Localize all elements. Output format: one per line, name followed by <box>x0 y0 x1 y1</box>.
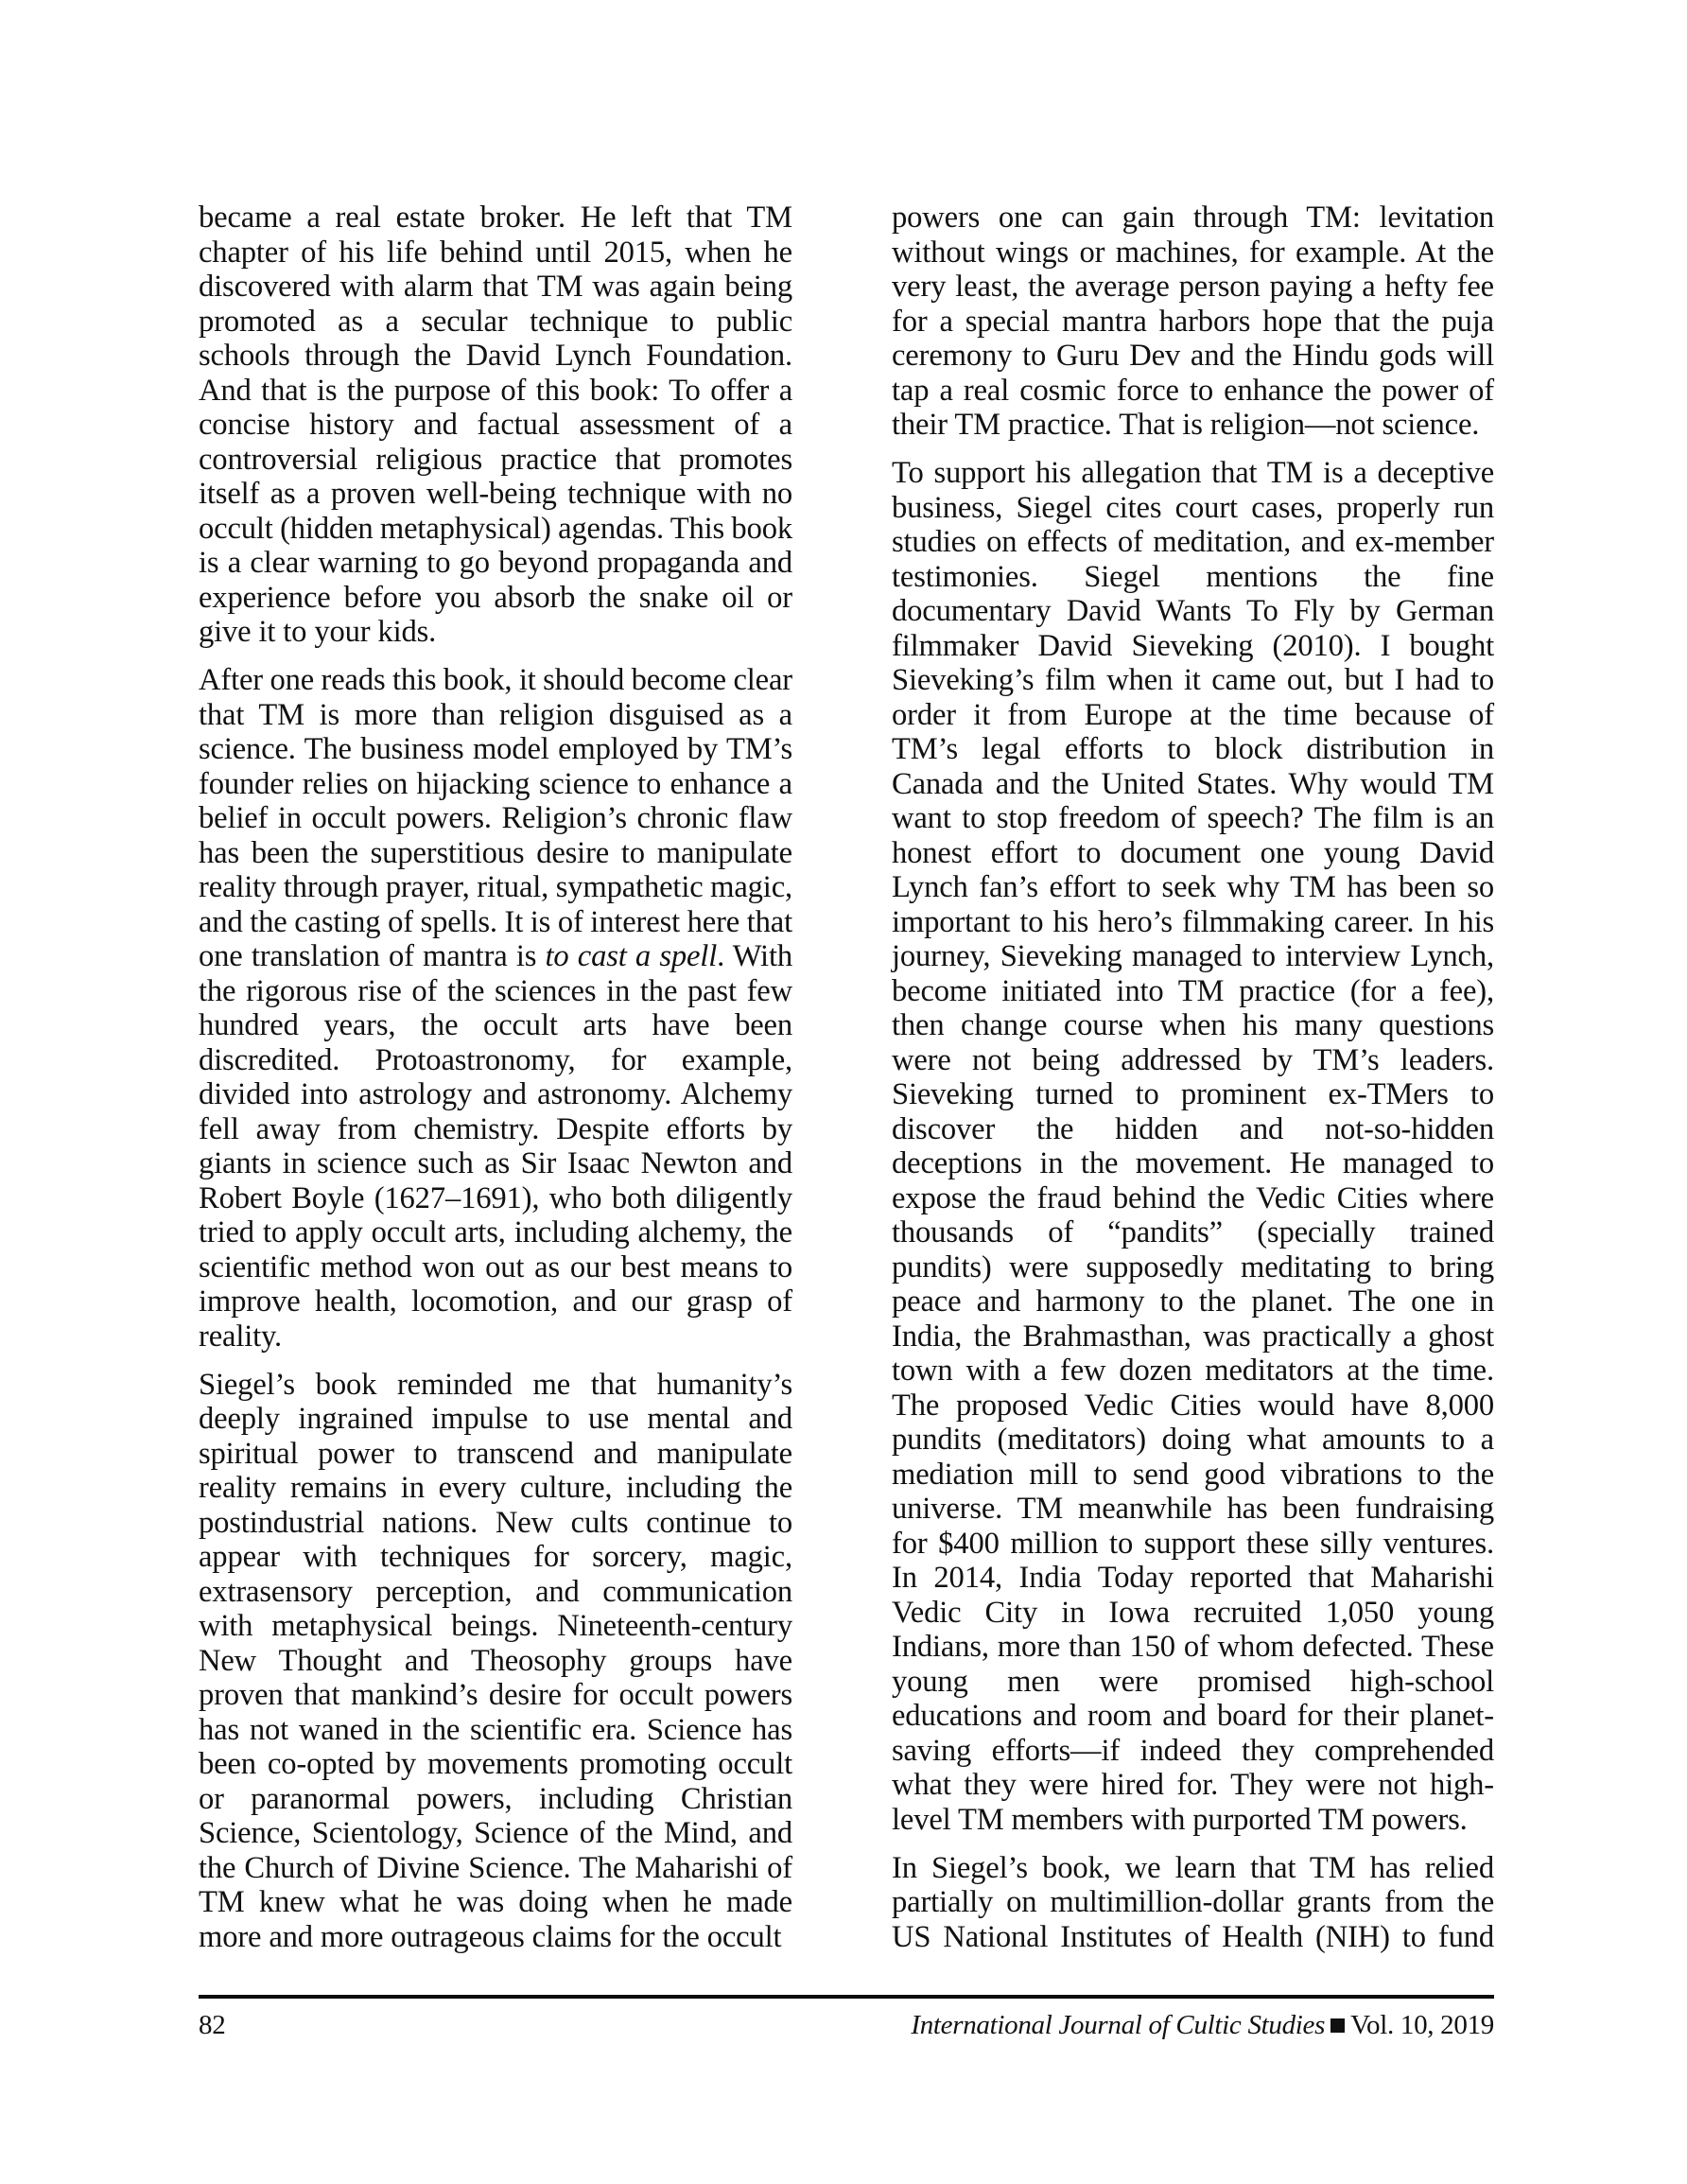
text-line: ceremony to Guru Dev and the Hindu gods … <box>892 339 1494 374</box>
text-line: tried to apply occult arts, including al… <box>199 1215 792 1250</box>
journal-page: became a real estate broker. He left tha… <box>0 0 1687 2184</box>
text-line: is a clear warning to go beyond propagan… <box>199 546 792 581</box>
text-line: schools through the David Lynch Foundati… <box>199 339 792 374</box>
text-line: postindustrial nations. New cults contin… <box>199 1506 792 1541</box>
text-line: level TM members with purported TM power… <box>892 1803 1494 1838</box>
italic-phrase: to cast a spell <box>546 939 718 973</box>
paragraph: Siegel’s book reminded me that humanity’… <box>199 1368 792 1955</box>
text-line: young men were promised high-school <box>892 1665 1494 1700</box>
paragraph: powers one can gain through TM: levitati… <box>892 201 1494 443</box>
text-line: Science, Scientology, Science of the Min… <box>199 1816 792 1851</box>
journal-footer: International Journal of Cultic StudiesV… <box>911 2011 1494 2039</box>
text-line: important to his hero’s filmmaking caree… <box>892 905 1494 940</box>
paragraph: In Siegel’s book, we learn that TM has r… <box>892 1851 1494 1955</box>
text-line: In Siegel’s book, we learn that TM has r… <box>892 1851 1494 1886</box>
text-line: experience before you absorb the snake o… <box>199 581 792 616</box>
text-line: pundits) were supposedly meditating to b… <box>892 1250 1494 1285</box>
text-line: tap a real cosmic force to enhance the p… <box>892 374 1494 409</box>
text-line: very least, the average person paying a … <box>892 270 1494 305</box>
text-line: reality. <box>199 1319 792 1354</box>
text-run: . With <box>717 939 792 973</box>
text-line: been co-opted by movements promoting occ… <box>199 1747 792 1782</box>
text-line: reality remains in every culture, includ… <box>199 1471 792 1506</box>
text-line: become initiated into TM practice (for a… <box>892 974 1494 1009</box>
text-line: divided into astrology and astronomy. Al… <box>199 1077 792 1112</box>
text-line: scientific method won out as our best me… <box>199 1250 792 1285</box>
footer-rule <box>199 1995 1494 1999</box>
text-line: appear with techniques for sorcery, magi… <box>199 1540 792 1575</box>
text-line: founder relies on hijacking science to e… <box>199 767 792 802</box>
text-line: Vedic City in Iowa recruited 1,050 young <box>892 1596 1494 1631</box>
text-line: discredited. Protoastronomy, for example… <box>199 1043 792 1078</box>
journal-volume: Vol. 10, 2019 <box>1350 2010 1494 2040</box>
text-line: the Church of Divine Science. The Mahari… <box>199 1851 792 1886</box>
text-line: pundits (meditators) doing what amounts … <box>892 1423 1494 1458</box>
text-line: filmmaker David Sieveking (2010). I boug… <box>892 629 1494 664</box>
paragraph: To support his allegation that TM is a d… <box>892 456 1494 1837</box>
text-line: with metaphysical beings. Nineteenth-cen… <box>199 1609 792 1644</box>
text-line: honest effort to document one young Davi… <box>892 836 1494 871</box>
text-line: educations and room and board for their … <box>892 1699 1494 1734</box>
text-line: giants in science such as Sir Isaac Newt… <box>199 1146 792 1181</box>
text-line: for a special mantra harbors hope that t… <box>892 305 1494 340</box>
paragraph: became a real estate broker. He left tha… <box>199 201 792 650</box>
text-line: Siegel’s book reminded me that humanity’… <box>199 1368 792 1403</box>
square-bullet-icon <box>1330 2018 1345 2033</box>
text-line: In 2014, India Today reported that Mahar… <box>892 1561 1494 1596</box>
text-line: discover the hidden and not-so-hidden <box>892 1112 1494 1147</box>
text-line: US National Institutes of Health (NIH) t… <box>892 1920 1494 1955</box>
text-line: universe. TM meanwhile has been fundrais… <box>892 1492 1494 1527</box>
text-line: their TM practice. That is religion—not … <box>892 408 1494 443</box>
text-line: testimonies. Siegel mentions the fine <box>892 560 1494 595</box>
text-line: more and more outrageous claims for the … <box>199 1920 792 1955</box>
text-line: the rigorous rise of the sciences in the… <box>199 974 792 1009</box>
paragraph: After one reads this book, it should bec… <box>199 663 792 1354</box>
text-line: journey, Sieveking managed to interview … <box>892 939 1494 974</box>
text-line: Indians, more than 150 of whom defected.… <box>892 1630 1494 1665</box>
text-line: occult (hidden metaphysical) agendas. Th… <box>199 512 792 547</box>
text-line: Sieveking’s film when it came out, but I… <box>892 663 1494 698</box>
text-line: Canada and the United States. Why would … <box>892 767 1494 802</box>
text-line: discovered with alarm that TM was again … <box>199 270 792 305</box>
right-text-column: powers one can gain through TM: levitati… <box>892 201 1494 1968</box>
text-line: were not being addressed by TM’s leaders… <box>892 1043 1494 1078</box>
text-line: partially on multimillion-dollar grants … <box>892 1885 1494 1920</box>
text-line: TM knew what he was doing when he made <box>199 1885 792 1920</box>
page-number: 82 <box>199 2011 225 2039</box>
text-line: has been the superstitious desire to man… <box>199 836 792 871</box>
left-text-column: became a real estate broker. He left tha… <box>199 201 792 1968</box>
text-line: deceptions in the movement. He managed t… <box>892 1146 1494 1181</box>
text-line: concise history and factual assessment o… <box>199 408 792 443</box>
text-line: deeply ingrained impulse to use mental a… <box>199 1402 792 1437</box>
text-line: After one reads this book, it should bec… <box>199 663 792 698</box>
text-line: town with a few dozen meditators at the … <box>892 1354 1494 1389</box>
text-line: business, Siegel cites court cases, prop… <box>892 491 1494 526</box>
text-line: give it to your kids. <box>199 615 792 650</box>
text-line: without wings or machines, for example. … <box>892 236 1494 271</box>
text-line: fell away from chemistry. Despite effort… <box>199 1112 792 1147</box>
text-line: itself as a proven well-being technique … <box>199 477 792 512</box>
text-line: that TM is more than religion disguised … <box>199 698 792 733</box>
text-line: science. The business model employed by … <box>199 732 792 767</box>
text-line: want to stop freedom of speech? The film… <box>892 801 1494 836</box>
text-line: has not waned in the scientific era. Sci… <box>199 1713 792 1748</box>
text-line: Lynch fan’s effort to seek why TM has be… <box>892 870 1494 905</box>
text-line: controversial religious practice that pr… <box>199 443 792 478</box>
text-line: saving efforts—if indeed they comprehend… <box>892 1734 1494 1769</box>
text-line: mediation mill to send good vibrations t… <box>892 1458 1494 1493</box>
text-line: order it from Europe at the time because… <box>892 698 1494 733</box>
text-line: spiritual power to transcend and manipul… <box>199 1437 792 1472</box>
text-line: studies on effects of meditation, and ex… <box>892 525 1494 560</box>
text-line: expose the fraud behind the Vedic Cities… <box>892 1181 1494 1216</box>
text-line: improve health, locomotion, and our gras… <box>199 1284 792 1319</box>
text-line: peace and harmony to the planet. The one… <box>892 1284 1494 1319</box>
text-line: extrasensory perception, and communicati… <box>199 1575 792 1610</box>
text-line: The proposed Vedic Cities would have 8,0… <box>892 1389 1494 1424</box>
text-line: Robert Boyle (1627–1691), who both dilig… <box>199 1181 792 1216</box>
journal-title: International Journal of Cultic Studies <box>911 2010 1325 2040</box>
text-line: reality through prayer, ritual, sympathe… <box>199 870 792 905</box>
text-line: for $400 million to support these silly … <box>892 1527 1494 1562</box>
text-line: hundred years, the occult arts have been <box>199 1008 792 1043</box>
text-line: one translation of mantra is to cast a s… <box>199 939 792 974</box>
text-line: TM’s legal efforts to block distribution… <box>892 732 1494 767</box>
text-line: or paranormal powers, including Christia… <box>199 1782 792 1817</box>
text-line: chapter of his life behind until 2015, w… <box>199 236 792 271</box>
text-line: and the casting of spells. It is of inte… <box>199 905 792 940</box>
text-run: one translation of mantra is <box>199 939 546 973</box>
text-line: New Thought and Theosophy groups have <box>199 1644 792 1679</box>
text-line: To support his allegation that TM is a d… <box>892 456 1494 491</box>
text-line: what they were hired for. They were not … <box>892 1768 1494 1803</box>
text-line: became a real estate broker. He left tha… <box>199 201 792 236</box>
text-line: thousands of “pandits” (specially traine… <box>892 1215 1494 1250</box>
text-line: promoted as a secular technique to publi… <box>199 305 792 340</box>
text-line: India, the Brahmasthan, was practically … <box>892 1319 1494 1354</box>
text-line: Sieveking turned to prominent ex-TMers t… <box>892 1077 1494 1112</box>
text-line: proven that mankind’s desire for occult … <box>199 1678 792 1713</box>
text-line: then change course when his many questio… <box>892 1008 1494 1043</box>
text-line: powers one can gain through TM: levitati… <box>892 201 1494 236</box>
text-line: documentary David Wants To Fly by German <box>892 594 1494 629</box>
text-line: belief in occult powers. Religion’s chro… <box>199 801 792 836</box>
text-line: And that is the purpose of this book: To… <box>199 374 792 409</box>
